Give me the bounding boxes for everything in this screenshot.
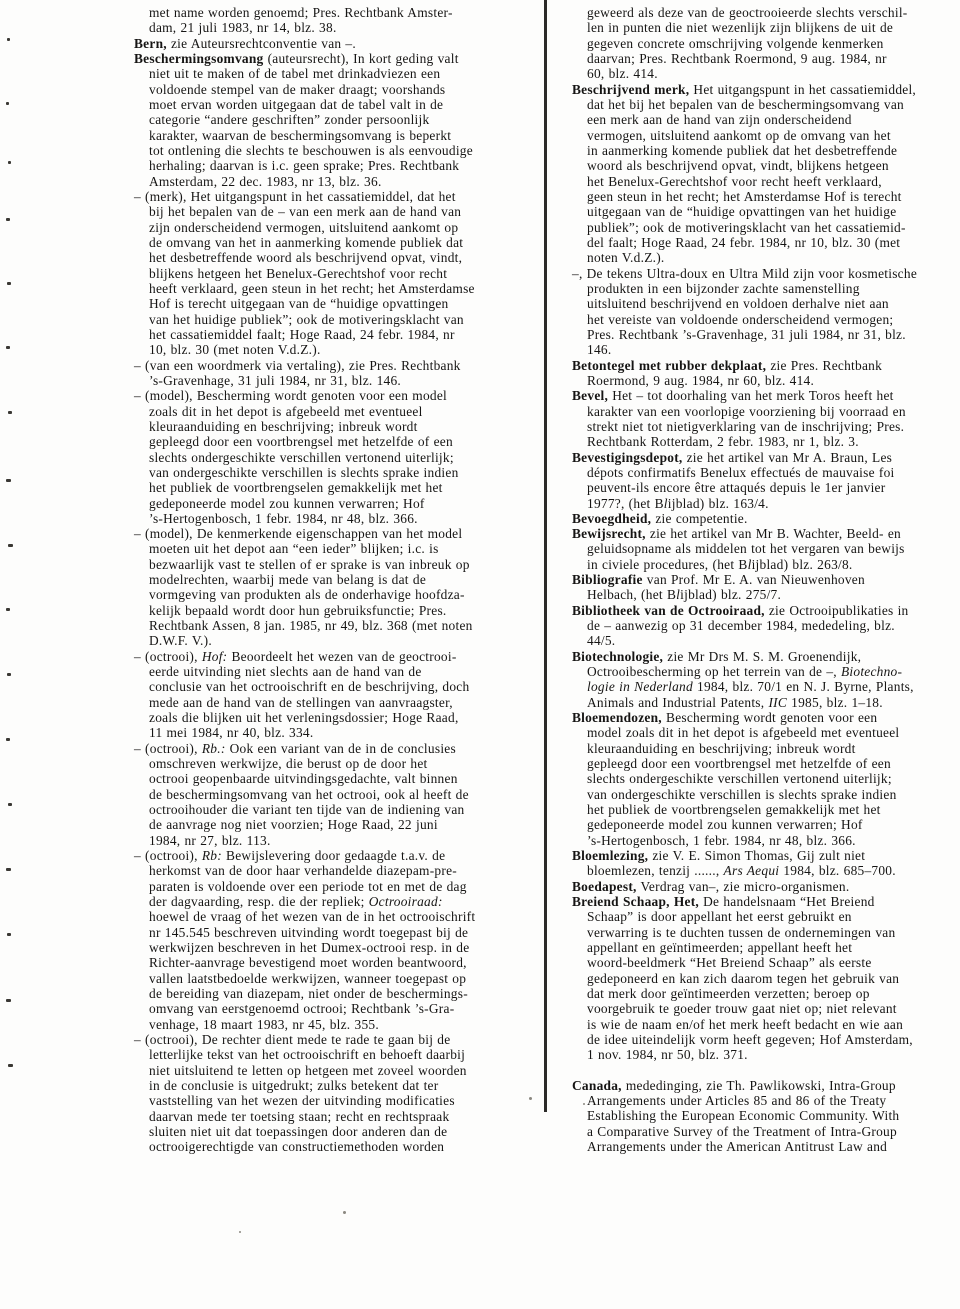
text-line: Bloemendozen, Bescherming wordt genoten … <box>572 710 956 725</box>
text-run: mededinging, zie Th. Pawlikowski, Intra-… <box>622 1078 896 1093</box>
section-gap <box>572 1063 956 1078</box>
text-line: in de conclusie is uitgedrukt; zulks bet… <box>134 1078 546 1093</box>
text-line: de aanvrage nog niet voorzien; Hoge Raad… <box>134 817 546 832</box>
text-run: – (model), De kenmerkende eigenschappen … <box>134 526 462 541</box>
left-column: met name worden genoemd; Pres. Rechtbank… <box>134 5 546 1155</box>
text-run: zoals dit in het depot is afgebeeld met … <box>149 404 423 419</box>
text-line: – (van een woordmerk via vertaling), zie… <box>134 358 546 373</box>
text-run: van het huidige publiek”; ook de motiver… <box>149 312 464 327</box>
text-line: niet uitsluitend te letten op hetgeen me… <box>134 1063 546 1078</box>
text-line: Hof is terecht uitgegaan van de “huidige… <box>134 296 546 311</box>
text-line: 146. <box>572 342 956 357</box>
text-run: Animals and Industrial Patents, <box>587 695 768 710</box>
text-line: Amsterdam, 22 dec. 1983, nr 13, blz. 36. <box>134 174 546 189</box>
text-run: in civiele procedures, (het B <box>587 557 748 572</box>
text-line: Betontegel met rubber dekplaat, zie Pres… <box>572 358 956 373</box>
text-line: Beschermingsomvang (auteursrecht), In ko… <box>134 51 546 66</box>
ink-speck <box>6 868 11 871</box>
text-line: moet ervan worden uitgegaan dat de tabel… <box>134 97 546 112</box>
headword: Bevel, <box>572 388 608 403</box>
text-line: ’s-Hertogenbosch, 1 febr. 1984, nr 48, b… <box>134 511 546 526</box>
text-run: zie Octrooipublikaties in <box>765 603 909 618</box>
headword: Bloemlezing, <box>572 848 648 863</box>
text-run: gepleegd door een voortbrengsel met hetz… <box>587 756 891 771</box>
text-run: ’s-Hertogenbosch, 1 febr. 1984, nr 48, b… <box>587 833 856 848</box>
text-line: Animals and Industrial Patents, IIC 1985… <box>572 695 956 710</box>
text-run: Ars Aequi <box>724 863 780 878</box>
text-line: verwarring is te duchten tussen de onder… <box>572 925 956 940</box>
text-line: 11 mei 1984, nr 40, blz. 334. <box>134 725 546 740</box>
text-line: Bern, zie Auteursrechtconventie van –. <box>134 36 546 51</box>
ink-speck <box>6 218 10 221</box>
text-run: Richter-aanvrage bevestigend moet worden… <box>149 955 467 970</box>
text-line: gepleegd door een voortbrengsel met hetz… <box>134 434 546 449</box>
text-line: dat het bij het bepalen van de beschermi… <box>572 97 956 112</box>
text-run: in de conclusie is uitgedrukt; zulks bet… <box>149 1078 438 1093</box>
text-run: slechts ondergeschikte verschillen verto… <box>149 450 454 465</box>
text-run: 1985, blz. 1–18. <box>787 695 883 710</box>
text-run: vaststelling van het wezen der uitvindin… <box>149 1093 455 1108</box>
text-line: Pres. Rechtbank ’s-Gravenhage, 31 juli 1… <box>572 327 956 342</box>
text-line: 44/5. <box>572 633 956 648</box>
text-run: 1 nov. 1984, nr 50, blz. 371. <box>587 1047 748 1062</box>
text-run: modelrechten, waarbij mede van belang is… <box>149 572 426 587</box>
text-run: publiek”; ook de motiveringsklacht van h… <box>587 220 906 235</box>
ink-speck <box>8 544 13 547</box>
text-line: mede aan de hand van de stellingen van a… <box>134 695 546 710</box>
text-line: slechts ondergeschikte verschillen verto… <box>134 450 546 465</box>
text-run: woord-beeldmerk “Het Breiend Schaap” als… <box>587 955 872 970</box>
text-run: van ondergeschikte verschillen is slecht… <box>149 465 459 480</box>
text-run: Het – tot doorhaling van het merk Toros … <box>608 388 894 403</box>
text-run: gepleegd door een voortbrengsel met hetz… <box>149 434 453 449</box>
text-line: geen steun in het recht; het Amsterdamse… <box>572 189 956 204</box>
text-run: letterlijke tekst van het octrooischrift… <box>149 1047 465 1062</box>
text-line: Octrooibescherming op het terrein van de… <box>572 664 956 679</box>
text-run: is wie de naam en/of het merk heeft beda… <box>587 1017 903 1032</box>
text-run: paraten is voldoende over een periode to… <box>149 879 467 894</box>
text-run: 1977?, (het B <box>587 496 664 511</box>
text-run: heeft verklaard, geen steun in het recht… <box>149 281 475 296</box>
text-run: ijblad) blz. 275/7. <box>680 587 781 602</box>
text-run: octrooihouder die variant ten tijde van … <box>149 802 464 817</box>
text-run: Octrooibescherming op het terrein van de… <box>587 664 841 679</box>
text-run: sluiten niet uit dat toepassingen door a… <box>149 1124 447 1139</box>
text-line: len in punten die niet wezenlijk zijn bl… <box>572 20 956 35</box>
ink-speck <box>6 608 10 611</box>
text-run: – (octrooi), De rechter dient mede te ra… <box>134 1032 450 1047</box>
text-line: het Benelux-Gerechtshof voor recht heeft… <box>572 174 956 189</box>
text-run: zoals die blijken uit het verleningsdoss… <box>149 710 459 725</box>
text-line: del faalt; Hoge Raad, 24 febr. 1984, nr … <box>572 235 956 250</box>
text-line: 1984, nr 27, blz. 113. <box>134 833 546 848</box>
text-line: produkten in een bijzonder zachte samens… <box>572 281 956 296</box>
text-line: Arrangements under the American Antitrus… <box>572 1139 956 1154</box>
text-line: daarvan mede ter toetsing staan; recht e… <box>134 1109 546 1124</box>
text-line: bezwaarlijk vast te stellen of er sprake… <box>134 557 546 572</box>
ink-speck <box>7 933 11 936</box>
text-line: Bevel, Het – tot doorhaling van het merk… <box>572 388 956 403</box>
text-run: IIC <box>768 695 787 710</box>
text-run: categorie “andere geschriften” zonder pe… <box>149 112 429 127</box>
text-run: ijblad) blz. 163/4. <box>668 496 769 511</box>
text-run: geluidsopname als middelen tot het verga… <box>587 541 905 556</box>
text-run: daarvan; Pres. Rechtbank Roermond, 9 aug… <box>587 51 887 66</box>
text-run: model zoals dit in het depot is afgebeel… <box>587 725 899 740</box>
text-run: zie Mr Drs M. S. M. Groenendijk, <box>663 649 861 664</box>
text-run: voorgebruik te goeder trouw gaat niet op… <box>587 1001 897 1016</box>
text-run: karakter van een voorlopige voorziening … <box>587 404 906 419</box>
text-run: Het uitgangspunt in het cassatiemiddel, <box>689 82 916 97</box>
text-run: het Benelux-Gerechtshof voor recht heeft… <box>587 174 882 189</box>
text-line: octrooihouder die variant ten tijde van … <box>134 802 546 817</box>
text-line: ’s-Gravenhage, 31 juli 1984, nr 31, blz.… <box>134 373 546 388</box>
headword: Betontegel met rubber dekplaat, <box>572 358 766 373</box>
text-run: Rechtbank Rotterdam, 2 febr. 1983, nr 1,… <box>587 434 859 449</box>
text-run: octrooi geopenbaarde uitvindingsgedachte… <box>149 771 458 786</box>
text-run: del faalt; Hoge Raad, 24 febr. 1984, nr … <box>587 235 900 250</box>
text-line: zoals dit in het depot is afgebeeld met … <box>134 404 546 419</box>
ink-speck <box>6 479 11 482</box>
text-run: van Prof. Mr E. A. van Nieuwenhoven <box>643 572 865 587</box>
text-run: karakter, waarvan de beschermingsomvang … <box>149 128 451 143</box>
text-run: Arrangements under the American Antitrus… <box>587 1139 887 1154</box>
text-line: – (model), Bescherming wordt genoten voo… <box>134 388 546 403</box>
scan-dot <box>529 1097 532 1100</box>
text-line: hoewel de vraag of het wezen van de in h… <box>134 909 546 924</box>
text-line: Beschrijvend merk, Het uitgangspunt in h… <box>572 82 956 97</box>
text-line: vormgeving van produkten als de onderhav… <box>134 587 546 602</box>
text-run: moeten uit het depot aan “een ieder” bli… <box>149 541 439 556</box>
text-run: kleuraanduiding en beschrijving; inbreuk… <box>149 419 418 434</box>
text-line: vallen laatstbedoelde werkwijzen, wannee… <box>134 971 546 986</box>
text-line: heeft verklaard, geen steun in het recht… <box>134 281 546 296</box>
text-run: 1984, nr 27, blz. 113. <box>149 833 271 848</box>
ink-speck <box>6 346 10 349</box>
ink-speck <box>8 161 11 164</box>
text-run: 146. <box>587 342 611 357</box>
text-line: met name worden genoemd; Pres. Rechtbank… <box>134 5 546 20</box>
text-line: dam, 21 juli 1983, nr 14, blz. 38. <box>134 20 546 35</box>
text-line: letterlijke tekst van het octrooischrift… <box>134 1047 546 1062</box>
text-line: kleuraanduiding en beschrijving; inbreuk… <box>572 741 956 756</box>
text-run: –, De tekens Ultra-doux en Ultra Mild zi… <box>572 266 917 281</box>
text-line: woord-beeldmerk “Het Breiend Schaap” als… <box>572 955 956 970</box>
text-line: van ondergeschikte verschillen is slecht… <box>134 465 546 480</box>
text-line: model zoals dit in het depot is afgebeel… <box>572 725 956 740</box>
text-run: werkwijzen beschreven in het Dumex-octro… <box>149 940 469 955</box>
text-line: slechts ondergeschikte verschillen verto… <box>572 771 956 786</box>
text-line: van ondergeschikte verschillen is slecht… <box>572 787 956 802</box>
text-line: vaststelling van het wezen der uitvindin… <box>134 1093 546 1108</box>
text-run: a Comparative Survey of the Treatment of… <box>587 1124 897 1139</box>
text-line: peuvent-ils encore être attaqués depuis … <box>572 480 956 495</box>
text-line: gepleegd door een voortbrengsel met hetz… <box>572 756 956 771</box>
headword: Bevestigingsdepot, <box>572 450 683 465</box>
text-run: het publiek de voortbrengselen gemakkeli… <box>587 802 881 817</box>
text-line: moeten uit het depot aan “een ieder” bli… <box>134 541 546 556</box>
text-run: geweerd als deze van de geoctrooieerde s… <box>587 5 908 20</box>
text-run: omvang van eerstgenoemd octrooi; Rechtba… <box>149 1001 454 1016</box>
text-line: ’s-Hertogenbosch, 1 febr. 1984, nr 48, b… <box>572 833 956 848</box>
text-line: Rechtbank Assen, 8 jan. 1985, nr 49, blz… <box>134 618 546 633</box>
text-line: strekt niet tot nietigverklaring van de … <box>572 419 956 434</box>
text-line: in aanmerking komende publiek dat het de… <box>572 143 956 158</box>
text-run: peuvent-ils encore être attaqués depuis … <box>587 480 885 495</box>
text-line: paraten is voldoende over een periode to… <box>134 879 546 894</box>
text-run: Rechtbank Assen, 8 jan. 1985, nr 49, blz… <box>149 618 473 633</box>
text-line: noten V.d.Z.). <box>572 250 956 265</box>
text-line: – (merk), Het uitgangspunt in het cassat… <box>134 189 546 204</box>
text-run: – (octrooi), <box>134 649 202 664</box>
text-run: gedeponeerde model zou kunnen verwarren;… <box>587 817 863 832</box>
text-line: sluiten niet uit dat toepassingen door a… <box>134 1124 546 1139</box>
text-line: conclusie van het octrooischrift en de b… <box>134 679 546 694</box>
text-run: Arrangements under Articles 85 and 86 of… <box>587 1093 886 1108</box>
text-run: nr 145.545 beschreven uitvinding wordt t… <box>149 925 468 940</box>
text-run: – (van een woordmerk via vertaling), zie… <box>134 358 461 373</box>
text-run: 1984, blz. 685–700. <box>779 863 896 878</box>
text-run: – (merk), Het uitgangspunt in het cassat… <box>134 189 456 204</box>
text-run: Hof: <box>202 649 228 664</box>
text-run: kleuraanduiding en beschrijving; inbreuk… <box>587 741 856 756</box>
text-line: de – aanwezig op 31 december 1984, meded… <box>572 618 956 633</box>
text-line: categorie “andere geschriften” zonder pe… <box>134 112 546 127</box>
ink-speck <box>8 803 12 806</box>
text-run: de omvang van het in aanmerking komende … <box>149 235 463 250</box>
text-line: omschreven werkwijze, die berust op de d… <box>134 756 546 771</box>
scan-dot <box>343 1211 346 1214</box>
text-run: Roermond, 9 aug. 1984, nr 60, blz. 414. <box>587 373 814 388</box>
text-run: gedeponeerd en kan zich daarom tegen het… <box>587 971 899 986</box>
text-line: kelijk bepaald wordt door hun gebruiksfu… <box>134 603 546 618</box>
text-run: appellant en geïntimeerden; appellant he… <box>587 940 852 955</box>
text-run: herkomst van de door haar verhandelde di… <box>149 863 457 878</box>
right-column: geweerd als deze van de geoctrooieerde s… <box>572 5 956 1154</box>
text-line: karakter van een voorlopige voorziening … <box>572 404 956 419</box>
text-line: nr 145.545 beschreven uitvinding wordt t… <box>134 925 546 940</box>
text-run: vormgeving van produkten als de onderhav… <box>149 587 465 602</box>
text-line: de beschermingsomvang van het octrooi, o… <box>134 787 546 802</box>
text-line: Bloemlezing, zie V. E. Simon Thomas, Gij… <box>572 848 956 863</box>
headword: Bern, <box>134 36 167 51</box>
text-run: bezwaarlijk vast te stellen of er sprake… <box>149 557 470 572</box>
text-run: ijblad) blz. 263/8. <box>752 557 853 572</box>
text-run: vermogen, uitsluitend aankomt op de omva… <box>587 128 891 143</box>
text-run: Rb.: <box>202 741 226 756</box>
ink-speck <box>6 738 10 741</box>
text-run: vallen laatstbedoelde werkwijzen, wannee… <box>149 971 466 986</box>
text-line: voorgebruik te goeder trouw gaat niet op… <box>572 1001 956 1016</box>
text-run: Establishing the European Economic Commu… <box>587 1108 899 1123</box>
text-line: Roermond, 9 aug. 1984, nr 60, blz. 414. <box>572 373 956 388</box>
text-run: zie het artikel van Mr A. Braun, Les <box>683 450 893 465</box>
ink-speck <box>7 38 10 41</box>
text-run: D.W.F. V.). <box>149 633 212 648</box>
text-run: kelijk bepaald wordt door hun gebruiksfu… <box>149 603 447 618</box>
text-run: mede aan de hand van de stellingen van a… <box>149 695 453 710</box>
text-line: Boedapest, Verdrag van–, zie micro-organ… <box>572 879 956 894</box>
text-run: in aanmerking komende publiek dat het de… <box>587 143 897 158</box>
text-line: 10, blz. 30 (met noten V.d.Z.). <box>134 342 546 357</box>
headword: Beschermingsomvang <box>134 51 263 66</box>
scan-dot <box>239 1231 241 1233</box>
text-line: Canada, mededinging, zie Th. Pawlikowski… <box>572 1078 956 1093</box>
text-line: octrooi geopenbaarde uitvindingsgedachte… <box>134 771 546 786</box>
text-run: Biotechno- <box>841 664 902 679</box>
text-run: uitgegaan van de “huidige opvattingen va… <box>587 204 896 219</box>
text-run: logie in Nederland <box>587 679 693 694</box>
text-run: venhage, 18 maart 1983, nr 45, blz. 355. <box>149 1017 379 1032</box>
headword: Beschrijvend merk, <box>572 82 689 97</box>
text-line: de bereiding van diazepam, niet onder de… <box>134 986 546 1001</box>
text-run: het vereiste van voldoende onderscheiden… <box>587 312 893 327</box>
text-run: verwarring is te duchten tussen de onder… <box>587 925 895 940</box>
text-line: geluidsopname als middelen tot het verga… <box>572 541 956 556</box>
text-run: moet ervan worden uitgegaan dat de tabel… <box>149 97 443 112</box>
text-line: gedeponeerde model zou kunnen verwarren;… <box>572 817 956 832</box>
text-run: met name worden genoemd; Pres. Rechtbank… <box>149 5 453 20</box>
text-run: voldoende stempel van de maker draagt; v… <box>149 82 445 97</box>
text-run: niet uit te maken of de tabel met drinka… <box>149 66 440 81</box>
headword: Bloemendozen, <box>572 710 662 725</box>
text-line: omvang van eerstgenoemd octrooi; Rechtba… <box>134 1001 546 1016</box>
text-line: – (octrooi), Rb.: Ook een variant van de… <box>134 741 546 756</box>
text-line: logie in Nederland 1984, blz. 70/1 en N.… <box>572 679 956 694</box>
text-run: noten V.d.Z.). <box>587 250 665 265</box>
text-run: het cassatiemiddel faalt; Hoge Raad, 24 … <box>149 327 455 342</box>
text-line: bij het bepalen van de – van een merk aa… <box>134 204 546 219</box>
headword: Bewijsrecht, <box>572 526 646 541</box>
text-line: modelrechten, waarbij mede van belang is… <box>134 572 546 587</box>
ink-speck <box>7 282 11 285</box>
text-line: herkomst van de door haar verhandelde di… <box>134 863 546 878</box>
text-line: appellant en geïntimeerden; appellant he… <box>572 940 956 955</box>
text-line: – (octrooi), Hof: Beoordeelt het wezen v… <box>134 649 546 664</box>
text-run: het publiek de voortbrengselen gemakkeli… <box>149 480 443 495</box>
text-line: van het huidige publiek”; ook de motiver… <box>134 312 546 327</box>
text-run: van ondergeschikte verschillen is slecht… <box>587 787 897 802</box>
text-line: dépots confirmatifs Benelux effectués de… <box>572 465 956 480</box>
text-run: (auteursrecht), In kort geding valt <box>263 51 458 66</box>
text-run: dat merk door geïntimeerden verzetten; b… <box>587 986 870 1001</box>
page: met name worden genoemd; Pres. Rechtbank… <box>0 0 960 1309</box>
text-run: ’s-Hertogenbosch, 1 febr. 1984, nr 48, b… <box>149 511 418 526</box>
text-run: tot ontlening die slechts te beschouwen … <box>149 143 473 158</box>
text-run: Beoordeelt het wezen van de geoctrooi- <box>227 649 456 664</box>
text-line: kleuraanduiding en beschrijving; inbreuk… <box>134 419 546 434</box>
text-line: de idee uiteindelijk vorm heeft gegeven;… <box>572 1032 956 1047</box>
text-run: Verdrag van–, zie micro-organismen. <box>637 879 850 894</box>
text-run: Ook een variant van de in de conclusies <box>226 741 456 756</box>
text-run: zie V. E. Simon Thomas, Gij zult niet <box>648 848 865 863</box>
text-line: publiek”; ook de motiveringsklacht van h… <box>572 220 956 235</box>
text-line: Richter-aanvrage bevestigend moet worden… <box>134 955 546 970</box>
text-run: 44/5. <box>587 633 615 648</box>
text-run: 11 mei 1984, nr 40, blz. 334. <box>149 725 313 740</box>
text-line: Bewijsrecht, zie het artikel van Mr B. W… <box>572 526 956 541</box>
headword: Bibliotheek van de Octrooiraad, <box>572 603 765 618</box>
text-run: Schaap” is door appellant het eerst gebr… <box>587 909 852 924</box>
text-run: len in punten die niet wezenlijk zijn bl… <box>587 20 893 35</box>
text-run: Bescherming wordt genoten voor een <box>662 710 877 725</box>
text-line: daarvan; Pres. Rechtbank Roermond, 9 aug… <box>572 51 956 66</box>
text-run: de aanvrage nog niet voorzien; Hoge Raad… <box>149 817 438 832</box>
text-run: gegeven concrete omschrijving volgende k… <box>587 36 884 51</box>
text-line: het publiek de voortbrengselen gemakkeli… <box>572 802 956 817</box>
text-line: 1977?, (het Blijblad) blz. 163/4. <box>572 496 956 511</box>
text-line: voldoende stempel van de maker draagt; v… <box>134 82 546 97</box>
text-line: is wie de naam en/of het merk heeft beda… <box>572 1017 956 1032</box>
text-run: strekt niet tot nietigverklaring van de … <box>587 419 904 434</box>
text-line: karakter, waarvan de beschermingsomvang … <box>134 128 546 143</box>
text-line: – (octrooi), De rechter dient mede te ra… <box>134 1032 546 1047</box>
text-line: het vereiste van voldoende onderscheiden… <box>572 312 956 327</box>
text-run: dat het bij het bepalen van de beschermi… <box>587 97 904 112</box>
text-line: in civiele procedures, (het Blijblad) bl… <box>572 557 956 572</box>
text-run: bloemlezen, tenzij ......, <box>587 863 724 878</box>
ink-speck <box>7 673 11 676</box>
text-run: eerde uitvinding niet slechts aan de han… <box>149 664 422 679</box>
text-run: – (model), Bescherming wordt genoten voo… <box>134 388 447 403</box>
headword: Biotechnologie, <box>572 649 663 664</box>
text-line: gedeponeerde model zou kunnen verwarren;… <box>134 496 546 511</box>
text-line: geweerd als deze van de geoctrooieerde s… <box>572 5 956 20</box>
text-line: vermogen, uitsluitend aankomt op de omva… <box>572 128 956 143</box>
text-run: uitsluitend beschrijvend en voldoen derh… <box>587 296 889 311</box>
text-run: de – aanwezig op 31 december 1984, meded… <box>587 618 895 633</box>
text-line: een merk aan de hand van zijn onderschei… <box>572 112 956 127</box>
text-run: bij het bepalen van de – van een merk aa… <box>149 204 461 219</box>
text-run: 60, blz. 414. <box>587 66 658 81</box>
text-run: geen steun in het recht; het Amsterdamse… <box>587 189 902 204</box>
text-line: –, De tekens Ultra-doux en Ultra Mild zi… <box>572 266 956 281</box>
text-run: Rb: <box>202 848 222 863</box>
text-run: zie Pres. Rechtbank <box>766 358 882 373</box>
text-run: Helbach, (het B <box>587 587 676 602</box>
text-line: Bevestigingsdepot, zie het artikel van M… <box>572 450 956 465</box>
text-run: Octrooiraad: <box>369 894 443 909</box>
text-run: blijkens hetgeen het Benelux-Gerechtshof… <box>149 266 447 281</box>
text-line: Rechtbank Rotterdam, 2 febr. 1983, nr 1,… <box>572 434 956 449</box>
text-run: de beschermingsomvang van het octrooi, o… <box>149 787 469 802</box>
text-line: uitsluitend beschrijvend en voldoen derh… <box>572 296 956 311</box>
text-run: zie competentie. <box>651 511 747 526</box>
text-run: de bereiding van diazepam, niet onder de… <box>149 986 468 1001</box>
text-line: Bibliografie van Prof. Mr E. A. van Nieu… <box>572 572 956 587</box>
text-run: der dagvaarding, resp. die der repliek; <box>149 894 369 909</box>
text-run: Amsterdam, 22 dec. 1983, nr 13, blz. 36. <box>149 174 382 189</box>
text-line: octrooigerechtigde van constructiemethod… <box>134 1139 546 1154</box>
text-run: De handelsnaam “Het Breiend <box>699 894 875 909</box>
text-run: de idee uiteindelijk vorm heeft gegeven;… <box>587 1032 913 1047</box>
text-run: het desbetreffende woord als beschrijven… <box>149 250 462 265</box>
text-run: – (octrooi), <box>134 848 202 863</box>
text-run: 10, blz. 30 (met noten V.d.Z.). <box>149 342 321 357</box>
text-line: Biotechnologie, zie Mr Drs M. S. M. Groe… <box>572 649 956 664</box>
text-run: zie het artikel van Mr B. Wachter, Beeld… <box>646 526 901 541</box>
text-run: – (octrooi), <box>134 741 202 756</box>
text-line: bloemlezen, tenzij ......, Ars Aequi 198… <box>572 863 956 878</box>
text-line: Bibliotheek van de Octrooiraad, zie Octr… <box>572 603 956 618</box>
text-line: de omvang van het in aanmerking komende … <box>134 235 546 250</box>
text-line: niet uit te maken of de tabel met drinka… <box>134 66 546 81</box>
text-run: Hof is terecht uitgegaan van de “huidige… <box>149 296 448 311</box>
ink-speck <box>8 411 12 414</box>
text-run: woord als beschrijvend opvat, vindt, bli… <box>587 158 889 173</box>
text-line: het cassatiemiddel faalt; Hoge Raad, 24 … <box>134 327 546 342</box>
text-line: Breiend Schaap, Het, De handelsnaam “Het… <box>572 894 956 909</box>
